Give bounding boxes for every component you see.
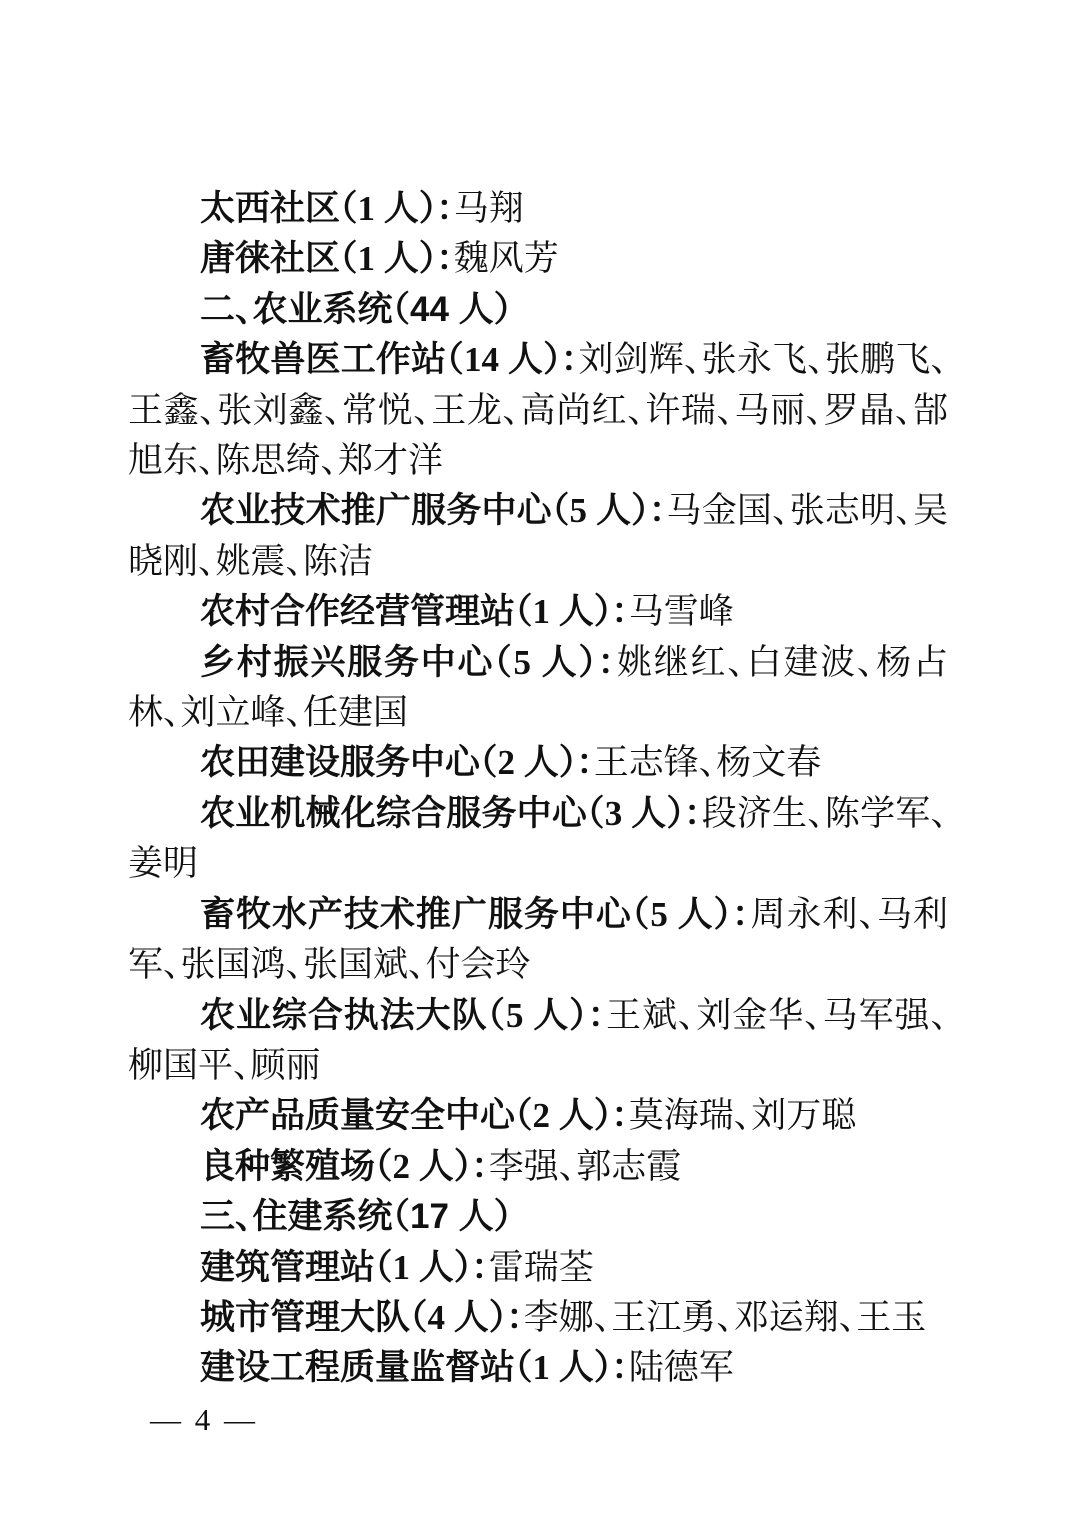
org-label: 农产品质量安全中心（2 人）： xyxy=(200,1096,629,1135)
document-body: 太西社区（1 人）：马翔唐徕社区（1 人）：魏风芳二、农业系统（44 人）畜牧兽… xyxy=(128,184,948,1394)
org-label: 畜牧水产技术推广服务中心（5 人）： xyxy=(200,895,751,934)
person-names: 雷瑞荃 xyxy=(489,1248,594,1287)
org-label: 良种繁殖场（2 人）： xyxy=(200,1147,489,1186)
person-names: 莫海瑞、刘万聪 xyxy=(629,1096,857,1135)
roster-entry: 乡村振兴服务中心（5 人）：姚继红、白建波、杨占林、刘立峰、任建国 xyxy=(128,638,948,739)
roster-entry: 唐徕社区（1 人）：魏风芳 xyxy=(128,234,948,284)
section-title: 三、住建系统（17 人） xyxy=(200,1197,511,1236)
person-names: 魏风芳 xyxy=(454,239,559,278)
org-label: 农业综合执法大队（5 人）： xyxy=(200,996,606,1035)
org-label: 农村合作经营管理站（1 人）： xyxy=(200,592,629,631)
org-label: 城市管理大队（4 人）： xyxy=(200,1298,524,1337)
roster-entry: 建筑管理站（1 人）：雷瑞荃 xyxy=(128,1243,948,1293)
person-names: 李强、郭志霞 xyxy=(489,1147,682,1186)
org-label: 太西社区（1 人）： xyxy=(200,189,454,228)
roster-entry: 农业机械化综合服务中心（3 人）：段济生、陈学军、姜明 xyxy=(128,789,948,890)
section-heading: 三、住建系统（17 人） xyxy=(128,1192,948,1242)
person-names: 李娜、王江勇、邓运翔、王玉 xyxy=(524,1298,927,1337)
section-heading: 二、农业系统（44 人） xyxy=(128,285,948,335)
roster-entry: 农产品质量安全中心（2 人）：莫海瑞、刘万聪 xyxy=(128,1091,948,1141)
roster-entry: 农田建设服务中心（2 人）：王志锋、杨文春 xyxy=(128,738,948,788)
roster-entry: 畜牧水产技术推广服务中心（5 人）：周永利、马利军、张国鸿、张国斌、付会玲 xyxy=(128,890,948,991)
person-names: 马雪峰 xyxy=(629,592,734,631)
person-names: 马翔 xyxy=(454,189,524,228)
roster-entry: 农业技术推广服务中心（5 人）：马金国、张志明、吴晓刚、姚震、陈洁 xyxy=(128,486,948,587)
org-label: 唐徕社区（1 人）： xyxy=(200,239,454,278)
org-label: 建设工程质量监督站（1 人）： xyxy=(200,1348,629,1387)
org-label: 农田建设服务中心（2 人）： xyxy=(200,743,594,782)
document-page: 太西社区（1 人）：马翔唐徕社区（1 人）：魏风芳二、农业系统（44 人）畜牧兽… xyxy=(0,0,1074,1520)
org-label: 农业技术推广服务中心（5 人）： xyxy=(200,491,667,530)
org-label: 乡村振兴服务中心（5 人）： xyxy=(200,643,617,682)
org-label: 畜牧兽医工作站（14 人）： xyxy=(200,340,578,379)
person-names: 陆德军 xyxy=(629,1348,734,1387)
org-label: 建筑管理站（1 人）： xyxy=(200,1248,489,1287)
person-names: 王志锋、杨文春 xyxy=(594,743,822,782)
roster-entry: 农业综合执法大队（5 人）：王斌、刘金华、马军强、柳国平、顾丽 xyxy=(128,991,948,1092)
roster-entry: 良种繁殖场（2 人）：李强、郭志霞 xyxy=(128,1142,948,1192)
roster-entry: 畜牧兽医工作站（14 人）：刘剑辉、张永飞、张鹏飞、王鑫、张刘鑫、常悦、王龙、高… xyxy=(128,335,948,486)
roster-entry: 太西社区（1 人）：马翔 xyxy=(128,184,948,234)
page-number: — 4 — xyxy=(150,1402,258,1438)
org-label: 农业机械化综合服务中心（3 人）： xyxy=(200,794,702,833)
section-title: 二、农业系统（44 人） xyxy=(200,290,511,329)
roster-entry: 农村合作经营管理站（1 人）：马雪峰 xyxy=(128,587,948,637)
roster-entry: 建设工程质量监督站（1 人）：陆德军 xyxy=(128,1343,948,1393)
roster-entry: 城市管理大队（4 人）：李娜、王江勇、邓运翔、王玉 xyxy=(128,1293,948,1343)
